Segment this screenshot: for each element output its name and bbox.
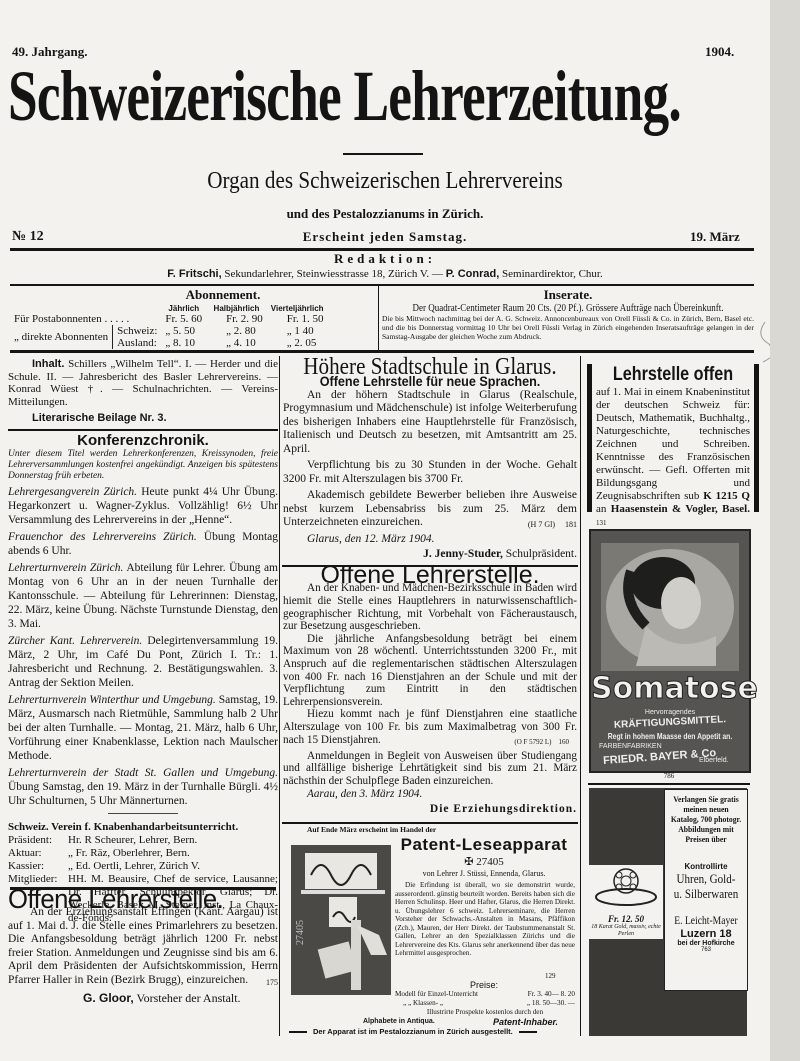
list-item: Aktuar:„ Fr. Räz, Oberlehrer, Bern. [8, 847, 278, 860]
leseapparat-intro: Auf Ende März erscheint im Handel der [307, 825, 577, 834]
col-jaehrlich: Jährlich [161, 304, 206, 313]
list-item: Präsident:Hr. R Scheurer, Lehrer, Bern. [8, 834, 278, 847]
inhalt-rule [8, 429, 278, 431]
col-vierteljaehrlich: Vierteljährlich [267, 304, 328, 313]
list-item: Lehrerturnverein Winterthur und Umgebung… [8, 693, 278, 763]
effingen-text: An der Erziehungsanstalt Effingen (Kant.… [8, 906, 278, 987]
glarus-p2: Verpflichtung bis zu 30 Stunden in der W… [283, 459, 577, 486]
glarus-heading: Höhere Stadtschule in Glarus. [301, 360, 560, 374]
abo-divider [378, 286, 379, 350]
somatose-line3: Regt in hohem Maasse den Appetit an. [607, 731, 733, 741]
column-divider-2 [580, 356, 581, 1036]
leicht-mayer-goods: Uhren, Gold- u. Silberwaren [671, 871, 741, 901]
abonnement-table: Jährlich Halbjährlich Vierteljährlich Fü… [10, 304, 328, 349]
konferenzchronik-intro: Unter diesem Titel werden Lehrerkonferen… [8, 449, 278, 482]
leseapparat-footer: Der Apparat ist im Pestalozzianum in Zür… [283, 1027, 577, 1036]
section-rule [10, 350, 754, 353]
editor1-name: F. Fritschi, [167, 268, 221, 280]
konferenzchronik-heading: Konferenzchronik. [8, 434, 278, 448]
subtitle-pestalozzianum: und des Pestalozzianums in Zürich. [0, 206, 770, 222]
editor2-role: Seminardirektor, Chur. [502, 268, 603, 280]
list-item: Zürcher Kant. Lehrerverein. Delegirtenve… [8, 634, 278, 690]
leseapparat-text: Die Erfindung ist überall, wo sie demons… [395, 881, 575, 958]
left-column: Inhalt. Schillers „Wilhelm Tell“. I. — H… [8, 358, 278, 925]
ring-description: 18 Karat Gold, massiv, echte Perlen [589, 924, 663, 938]
price-row: Modell für Einzel-UnterrichtFr. 3. 40— 8… [395, 990, 575, 999]
baden-bottom-rule [282, 822, 578, 824]
baden-heading: Offene Lehrerstelle. [283, 568, 577, 582]
woman-portrait-icon [591, 531, 749, 671]
leseapparat-inhaber: Patent-Inhaber. [493, 1017, 558, 1027]
leicht-mayer-city: Luzern 18 [665, 928, 747, 940]
list-item: Lehrergesangverein Zürich. Heute punkt 4… [8, 485, 278, 527]
leicht-mayer-address: bei der Hofkirche [665, 940, 747, 947]
baden-signature: Die Erziehungsdirektion. [283, 802, 577, 816]
price-row: „ „ Klassen- „„ 18. 50—30. — [395, 999, 575, 1008]
ring-price: Fr. 12. 50 [589, 914, 663, 924]
baden-p1: An der Knaben- und Mädchen-Bezirksschule… [283, 582, 577, 632]
effingen-signature: G. Gloor, Vorsteher der Anstalt. [83, 991, 278, 1005]
somatose-ref: 786 [589, 772, 749, 780]
ad-leseapparat: Auf Ende März erscheint im Handel der 27… [283, 825, 577, 1037]
leseapparat-prices-heading: Preise: [391, 980, 577, 990]
leicht-mayer-panel: Verlangen Sie gratis meinen neuen Katalo… [664, 789, 748, 991]
ad-lehrstelle-offen: Lehrstelle offen auf 1. Mai in einem Kna… [587, 364, 759, 512]
svg-text:27405: 27405 [295, 920, 306, 945]
leseapparat-patent: ✠ 27405 [391, 855, 577, 868]
reading-device-illustration: 27405 [291, 845, 391, 995]
somatose-brand: Somatose [591, 671, 749, 706]
knabenhandarbeit-heading: Schweiz. Verein f. Knabenhandarbeitsunte… [8, 820, 278, 834]
leseapparat-alphabet: Alphabete in Antiqua. [363, 1018, 435, 1025]
baden-place-date: Aarau, den 3. März 1904. [307, 787, 577, 801]
column-divider-1 [279, 356, 280, 1036]
leicht-mayer-kontrollirte: Kontrollirte [665, 862, 747, 871]
issue-date: 19. März [690, 229, 740, 245]
ring-panel: Fr. 12. 50 18 Karat Gold, massiv, echte … [589, 865, 663, 939]
baden-p4: Anmeldungen in Begleit von Ausweisen übe… [283, 750, 577, 788]
redaktion-rule [10, 284, 754, 286]
table-row: Für Postabonnenten . . . . . Fr. 5. 60 F… [10, 313, 328, 325]
inserate-price: Der Quadrat-Centimeter Raum 20 Cts. (20 … [401, 303, 736, 314]
table-row: „ direkte Abonnenten Schweiz: „ 5. 50 „ … [10, 325, 328, 337]
leseapparat-prospekte: Illustrirte Prospekte kostenlos durch de… [395, 1008, 575, 1017]
reading-device-icon: 27405 [291, 845, 391, 995]
effingen-heading: Offene Lehrerstelle. [8, 892, 265, 906]
year-label: 1904. [705, 44, 734, 60]
leseapparat-author: von Lehrer J. Stüssi, Ennenda, Glarus. [391, 869, 577, 878]
leseapparat-prices: Modell für Einzel-UnterrichtFr. 3. 40— 8… [395, 990, 575, 1017]
glarus-place-date: Glarus, den 12. März 1904. [307, 532, 577, 546]
inhalt: Inhalt. Schillers „Wilhelm Tell“. I. — H… [8, 358, 278, 408]
col-halbjaehrlich: Halbjährlich [206, 304, 267, 313]
inserate-heading: Inserate. [382, 287, 754, 303]
list-item: Lehrerturnverein der Stadt St. Gallen un… [8, 766, 278, 808]
abonnement-section: Abonnement. Jährlich Halbjährlich Vierte… [10, 287, 376, 349]
leicht-mayer-catalog: Verlangen Sie gratis meinen neuen Katalo… [669, 794, 743, 844]
baden-p2: Die jährliche Anfangsbesoldung beträgt b… [283, 633, 577, 709]
leseapparat-ref: 129 [545, 972, 556, 980]
lehrstelle-heading: Lehrstelle offen [604, 364, 742, 386]
subtitle: Organ des Schweizerischen Lehrervereins [46, 168, 724, 195]
ad-baden: Offene Lehrerstelle. An der Knaben- und … [283, 568, 577, 816]
ring-icon [589, 865, 663, 909]
list-item: Lehrerturnverein Zürich. Abteilung für L… [8, 561, 278, 631]
abonnement-heading: Abonnement. [70, 287, 376, 303]
lehrstelle-body: auf 1. Mai in einem Knabeninstitut der d… [592, 386, 754, 530]
leicht-mayer-ref: 763 [665, 947, 747, 953]
leicht-mayer-company: E. Leicht-Mayer [673, 913, 739, 928]
frequency: Erscheint jeden Samstag. [0, 229, 770, 245]
editor2-name: P. Conrad, [446, 268, 500, 280]
title-rule [343, 153, 423, 155]
ad-glarus: Höhere Stadtschule in Glarus. Offene Leh… [283, 360, 577, 561]
masthead-title: Schweizerische Lehrerzeitung. [8, 60, 556, 132]
somatose-line4: FARBENFABRIKEN [599, 743, 662, 750]
inserate-deadline: Die bis Mittwoch nachmittag bei der A. G… [382, 314, 754, 341]
page-edge [770, 0, 800, 1061]
ad-somatose: Somatose Hervorragendes KRÄFTIGUNGSMITTE… [589, 529, 751, 773]
leseapparat-heading: Patent-Leseapparat [391, 835, 577, 855]
redaktion-heading: Redaktion: [0, 251, 770, 267]
inserate-section: Inserate. Der Quadrat-Centimeter Raum 20… [382, 287, 754, 341]
redaktion-editors: F. Fritschi, Sekundarlehrer, Steinwiesst… [0, 268, 770, 280]
glarus-signature: J. Jenny-Studer, Schulpräsident. [283, 547, 577, 561]
ad-effingen: Offene Lehrerstelle. An der Erziehungsan… [8, 892, 278, 1005]
list-item: Kassier:„ Ed. Oertli, Lehrer, Zürich V. [8, 860, 278, 873]
somatose-line6: Elberfeld. [699, 757, 729, 764]
literarische-beilage: Literarische Beilage Nr. 3. [32, 411, 278, 425]
glarus-p1: An der höhern Stadtschule in Glarus (Rea… [283, 389, 577, 457]
editor1-role: Sekundarlehrer, Steinwiesstrasse 18, Zür… [224, 268, 443, 280]
newspaper-page: 49. Jahrgang. 1904. Schweizerische Lehre… [0, 0, 770, 1061]
short-rule [108, 813, 178, 814]
somatose-rule [588, 783, 750, 785]
glarus-subheading: Offene Lehrstelle für neue Sprachen. [298, 374, 563, 388]
list-item: Frauenchor des Lehrervereins Zürich. Übu… [8, 530, 278, 558]
